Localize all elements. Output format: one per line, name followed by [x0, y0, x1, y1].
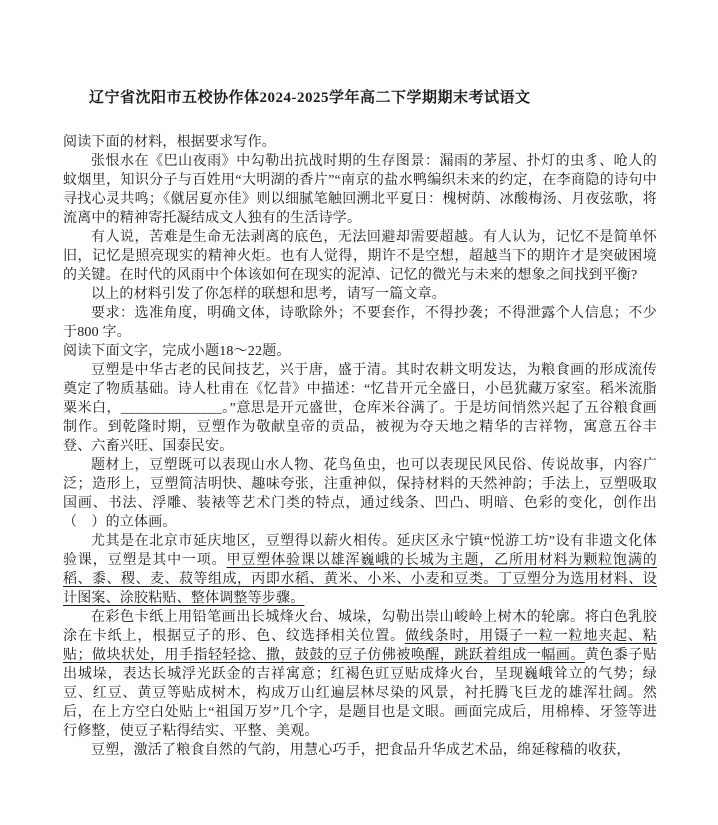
document-page: 辽宁省沈阳市五校协作体2024-2025学年高二下学期期末考试语文 阅读下面的材… [0, 0, 718, 825]
paragraph: 张恨水在《巴山夜雨》中勾勒出抗战时期的生存图景：漏雨的茅屋、扑灯的虫豸、呛人的蚊… [63, 152, 657, 228]
document-title: 辽宁省沈阳市五校协作体2024-2025学年高二下学期期末考试语文 [63, 86, 659, 107]
paragraph: 题材上，豆塑既可以表现山水人物、花鸟鱼虫，也可以表现民风民俗、传说故事，内容广泛… [63, 456, 657, 532]
text-run: 豆塑是中华古老的民间技艺，兴于唐，盛于清。其时农耕文明发达，为粮食画的形成流传奠… [63, 363, 657, 454]
paragraph: 以上的材料引发了你怎样的联想和思考，请写一篇文章。 [63, 285, 657, 304]
paragraph: 在彩色卡纸上用铅笔画出长城烽火台、城垛，勾勒出崇山峻岭上树木的轮廓。将白色乳胶涂… [63, 608, 657, 741]
paragraph: 要求：选准角度，明确文体，诗歌除外；不要套作，不得抄袭；不得泄露个人信息；不少于… [63, 304, 657, 342]
paragraph: 阅读下面文字，完成小题18～22题。 [63, 342, 657, 361]
text-run: 有人说，苦难是生命无法剥离的底色，无法回避却需要超越。有人认为，记忆不是简单怀旧… [63, 230, 657, 283]
text-run: 阅读下面的材料，根据要求写作。 [63, 135, 276, 150]
paragraph: 尤其是在北京市延庆地区，豆塑得以薪火相传。延庆区永宁镇“悦游工坊”设有非遗文化体… [63, 532, 657, 608]
text-run: 要求：选准角度，明确文体，诗歌除外；不要套作，不得抄袭；不得泄露个人信息；不少于… [63, 306, 657, 340]
text-run: 豆塑，激活了粮食自然的气韵，用慧心巧手，把食品升华成艺术品，绵延稼穑的收获， [91, 743, 631, 758]
text-run: 以上的材料引发了你怎样的联想和思考，请写一篇文章。 [91, 287, 446, 302]
document-body: 阅读下面的材料，根据要求写作。张恨水在《巴山夜雨》中勾勒出抗战时期的生存图景：漏… [63, 133, 657, 760]
text-run: 张恨水在《巴山夜雨》中勾勒出抗战时期的生存图景：漏雨的茅屋、扑灯的虫豸、呛人的蚊… [63, 154, 657, 226]
paragraph: 豆塑是中华古老的民间技艺，兴于唐，盛于清。其时农耕文明发达，为粮食画的形成流传奠… [63, 361, 657, 456]
text-run: 题材上，豆塑既可以表现山水人物、花鸟鱼虫，也可以表现民风民俗、传说故事，内容广泛… [63, 458, 657, 530]
paragraph: 有人说，苦难是生命无法剥离的底色，无法回避却需要超越。有人认为，记忆不是简单怀旧… [63, 228, 657, 285]
text-run: 阅读下面文字，完成小题18～22题。 [63, 344, 291, 359]
paragraph: 豆塑，激活了粮食自然的气韵，用慧心巧手，把食品升华成艺术品，绵延稼穑的收获， [63, 741, 657, 760]
paragraph: 阅读下面的材料，根据要求写作。 [63, 133, 657, 152]
